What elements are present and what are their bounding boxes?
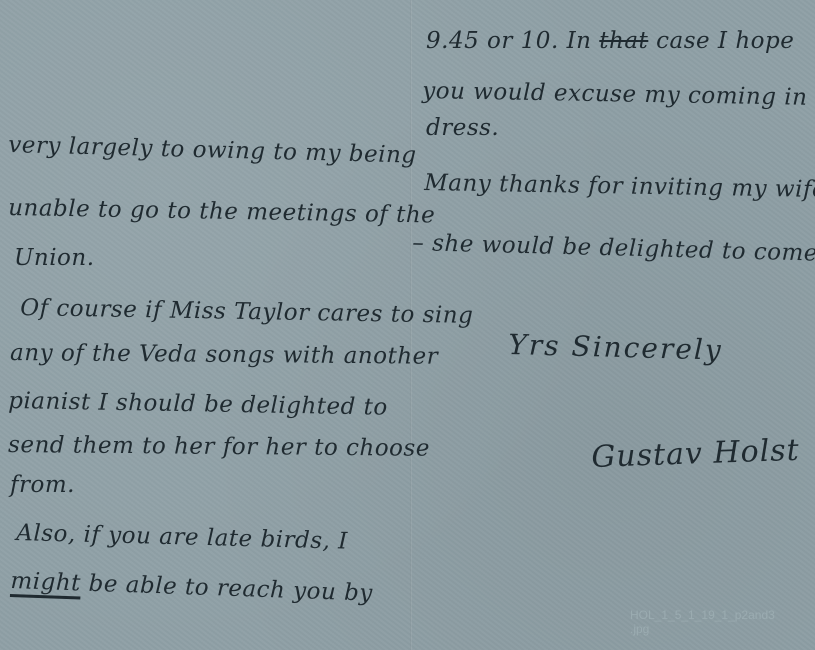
signature: Gustav Holst xyxy=(591,433,800,475)
handwritten-line: Union. xyxy=(14,245,95,271)
handwritten-line: any of the Veda songs with another xyxy=(10,340,438,370)
right-page: 9.45 or 10. In that case I hope you woul… xyxy=(412,0,815,650)
handwritten-line: very largely to owing to my being xyxy=(8,132,417,169)
letter-closing: Yrs Sincerely xyxy=(508,328,723,367)
handwritten-line: 9.45 or 10. In that case I hope xyxy=(426,28,794,54)
handwritten-line: Many thanks for inviting my wife xyxy=(424,170,815,203)
left-page: very largely to owing to my being unable… xyxy=(0,0,410,650)
handwritten-line: dress. xyxy=(426,115,499,141)
handwritten-line: you would excuse my coming in day xyxy=(422,78,815,112)
handwritten-line: Also, if you are late birds, I xyxy=(16,520,348,555)
handwritten-line: send them to her for her to choose xyxy=(8,432,430,462)
handwritten-line: might be able to reach you by xyxy=(10,568,373,607)
archive-reference-line-2: .jpg xyxy=(630,622,775,636)
handwritten-line: pianist I should be delighted to xyxy=(8,388,388,421)
archive-reference-line-1: HOL_1_5_1_19_1_p2and3 xyxy=(630,608,775,622)
letter-scan: very largely to owing to my being unable… xyxy=(0,0,815,650)
underlined-word: might xyxy=(10,568,81,596)
handwritten-line: – she would be delighted to come. xyxy=(412,230,815,267)
handwritten-line: from. xyxy=(10,472,75,498)
handwritten-line: Of course if Miss Taylor cares to sing xyxy=(20,295,474,329)
handwritten-line: unable to go to the meetings of the xyxy=(8,195,436,228)
archive-reference-watermark: HOL_1_5_1_19_1_p2and3 .jpg xyxy=(630,608,775,636)
struck-word: that xyxy=(599,28,648,54)
